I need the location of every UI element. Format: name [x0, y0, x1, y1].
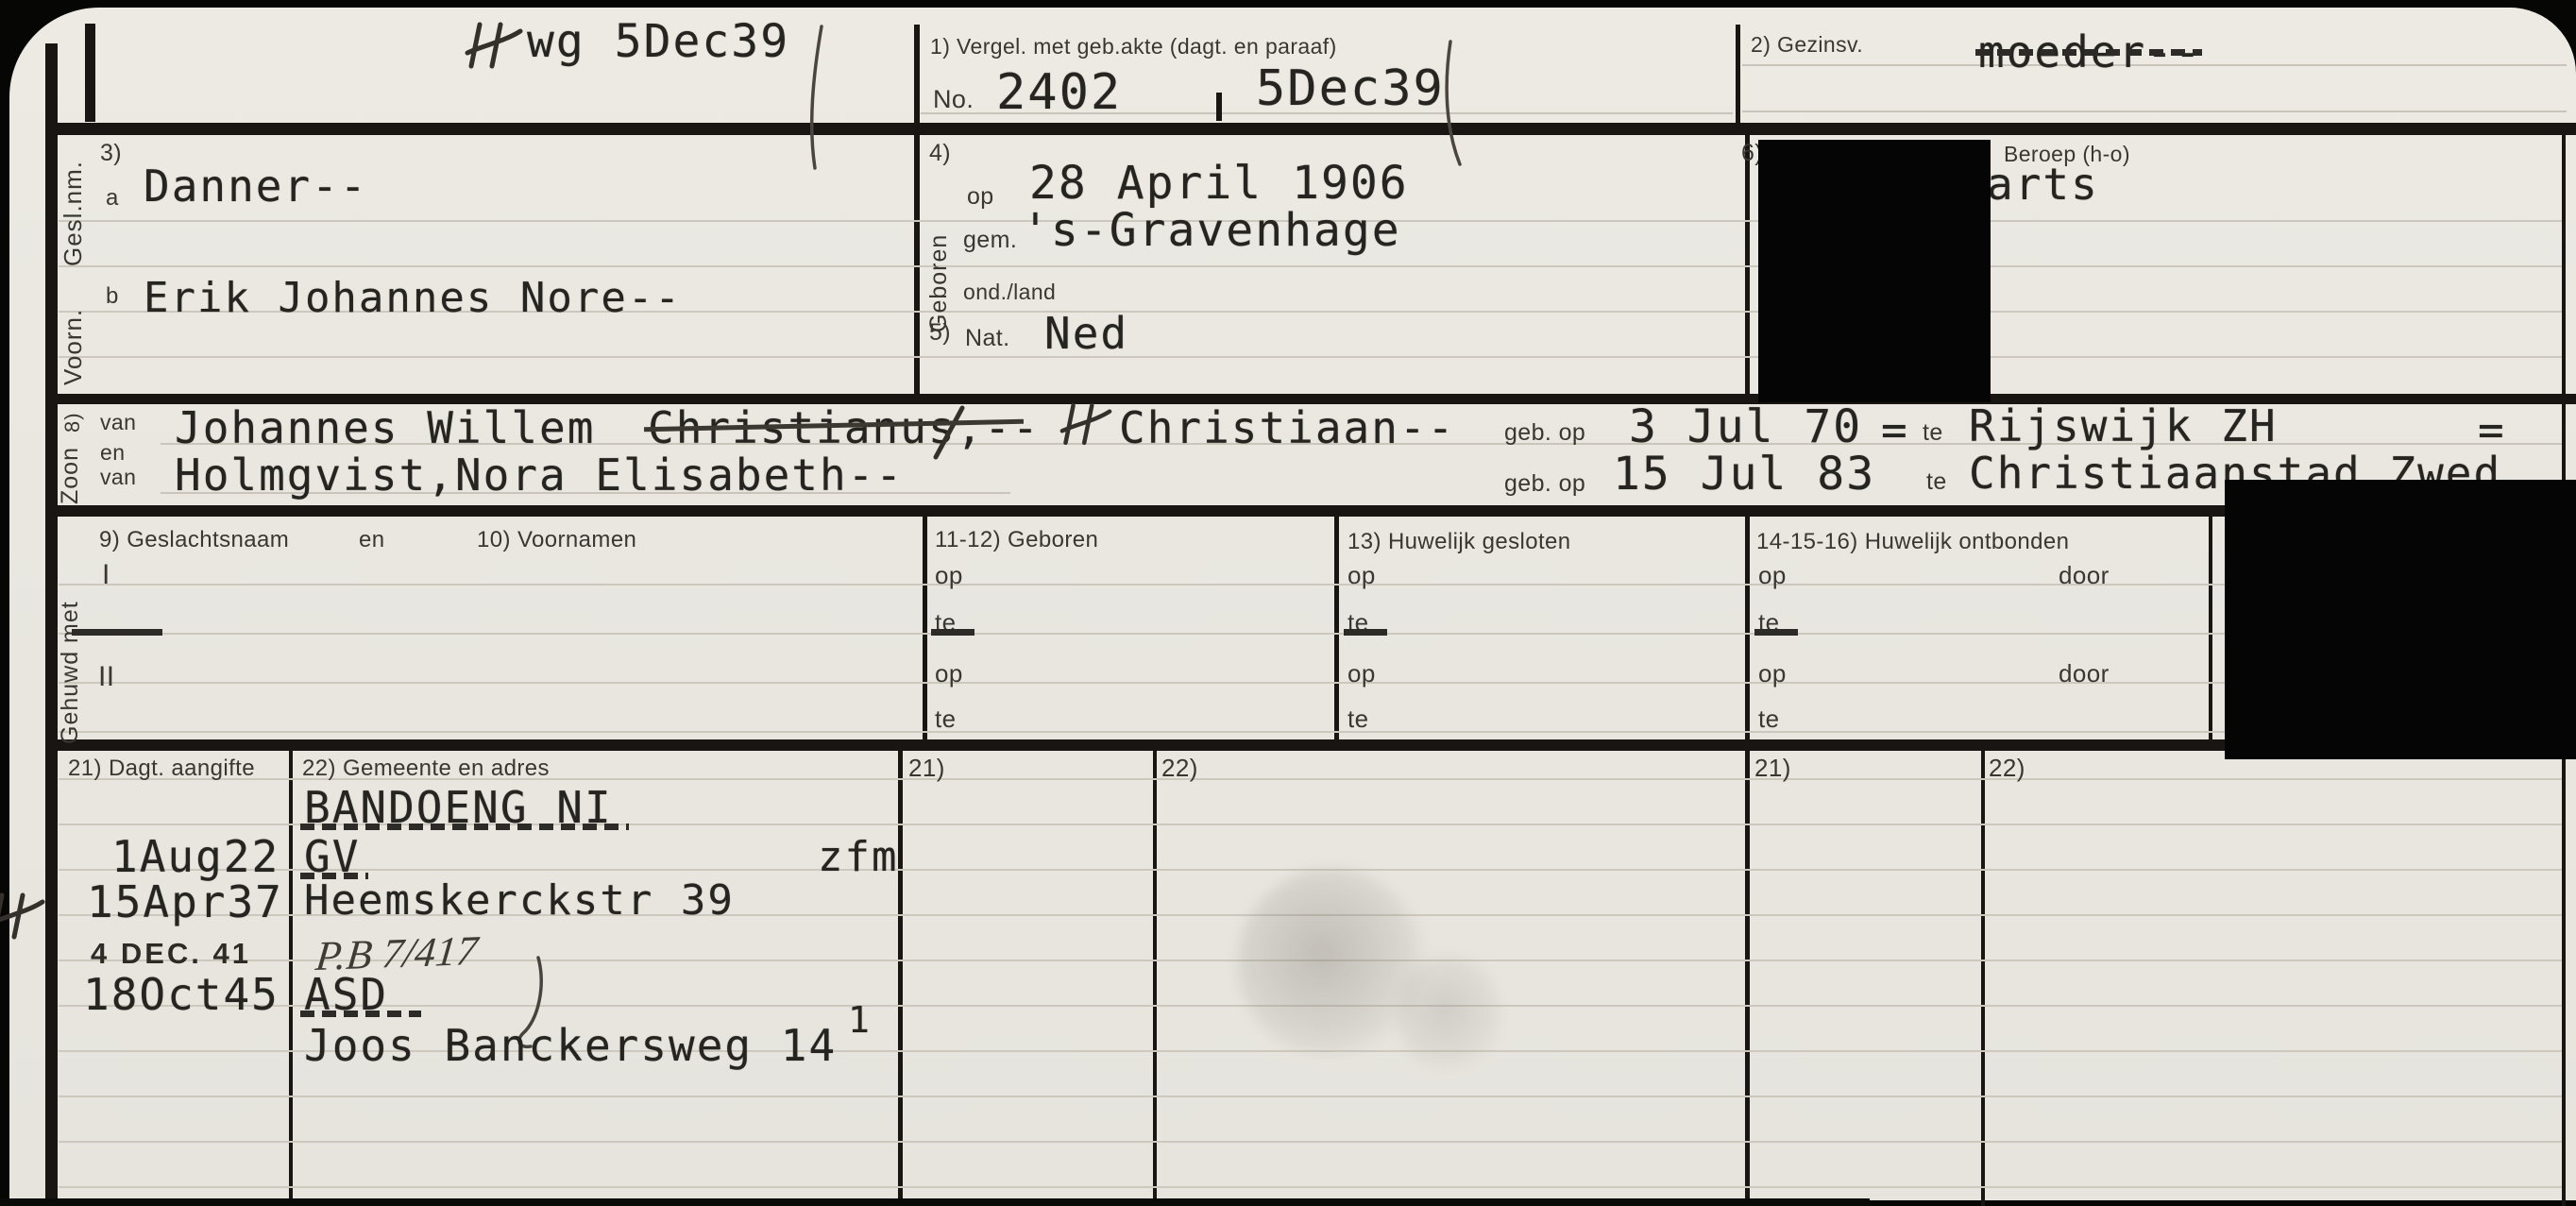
- mother-name: Holmgvist,Nora Elisabeth--: [175, 450, 904, 501]
- marriage-col-married-header: 13) Huwelijk gesloten: [1347, 529, 1571, 555]
- dissolved-te-2: te: [1758, 705, 1779, 734]
- void-dash-married: [1344, 629, 1387, 636]
- birth-date-value: 28 April 1906: [1029, 157, 1409, 210]
- correction-mark-icon-2: [1059, 400, 1112, 450]
- divider-header-2: [1736, 25, 1740, 123]
- marriage-col-born-header: 11-12) Geboren: [935, 527, 1098, 553]
- marriage-row1-label: I: [102, 559, 110, 591]
- void-dash-dissolved: [1754, 629, 1798, 636]
- surname-side-label: Gesl.nm.: [59, 142, 88, 266]
- dissolved-op-1: op: [1758, 561, 1787, 590]
- born-op-1: op: [935, 561, 963, 590]
- van2-label: van: [100, 465, 136, 490]
- field2-label: 2) Gezinsv.: [1751, 32, 1863, 58]
- equals-mark-1: =: [1881, 404, 1909, 455]
- void-dash-row1-left: [72, 629, 162, 636]
- sub-a-label: a: [106, 185, 119, 212]
- field3-number: 3): [100, 140, 122, 167]
- father-birth-place: Rijswijk ZH: [1969, 400, 2278, 451]
- pen-stroke-1: [793, 23, 831, 172]
- father-geb-op-label: geb. op: [1504, 419, 1585, 447]
- mother-birth-date: 15 Jul 83: [1613, 448, 1875, 501]
- rules-marriage: [59, 584, 2562, 737]
- sub-b-label: b: [106, 283, 119, 310]
- father-name: Johannes Willem: [175, 402, 595, 453]
- firstnames-value: Erik Johannes Nore--: [144, 274, 682, 322]
- nat-label: Nat.: [965, 325, 1009, 352]
- divider-header-1: [914, 25, 920, 123]
- faded-stamp-smudge-2: [1398, 954, 1501, 1077]
- reg3-address: Heemskerckstr 39: [304, 876, 735, 925]
- rule-header-c2: [1742, 110, 2567, 112]
- ondland-label: ond./land: [963, 280, 1056, 305]
- firstname-side-label: Voorn.: [59, 280, 88, 385]
- married-op-2: op: [1347, 659, 1376, 688]
- father-te-label: te: [1923, 419, 1943, 447]
- reg6-address: Joos Banckersweg 14: [304, 1020, 837, 1071]
- void-dash-born: [931, 629, 974, 636]
- surname-value: Danner--: [144, 161, 368, 212]
- reg3-date: 15Apr37: [87, 876, 283, 927]
- reg6-superscript: 1: [848, 999, 872, 1041]
- born-side-label: Geboren: [925, 200, 953, 332]
- reg5-date: 18Oct45: [83, 969, 280, 1020]
- pen-stroke-2: [1428, 38, 1470, 168]
- col21-header-mid: 21): [908, 754, 945, 783]
- field5-number: 5): [929, 319, 951, 347]
- reg1-underline: [300, 824, 629, 830]
- van1-label: van: [100, 410, 136, 435]
- father-birth-date: 3 Jul 70: [1629, 400, 1862, 453]
- reg2-date: 1Aug22: [111, 831, 280, 882]
- mother-te-label: te: [1926, 468, 1947, 496]
- parents-side-label: Zoon: [57, 421, 84, 504]
- born-te-2: te: [935, 705, 956, 734]
- born-op-2: op: [935, 659, 963, 688]
- mother-geb-op-label: geb. op: [1504, 470, 1585, 498]
- redaction-box-1: [1758, 140, 1991, 402]
- born-op-label: op: [967, 183, 994, 211]
- field1-comma-tick: [1216, 93, 1222, 121]
- field1-date-value: 5Dec39: [1256, 60, 1445, 117]
- en-label: en: [100, 440, 125, 466]
- border-marriage-bottom: [45, 739, 2576, 751]
- border-parents-bottom: [45, 505, 2576, 517]
- married-op-1: op: [1347, 561, 1376, 590]
- marriage-side-label: Gehuwd met: [57, 563, 84, 744]
- marriage-row2-label: II: [98, 661, 114, 693]
- border-header-bottom: [45, 123, 2576, 135]
- dissolved-op-2: op: [1758, 659, 1787, 688]
- field2-strikeout: [1975, 49, 2202, 56]
- col22-header-mid: 22): [1161, 754, 1198, 783]
- col-date-header-left: 21) Dagt. aangifte: [68, 756, 255, 782]
- beroep-value: arts: [1987, 159, 2099, 210]
- field1-no-label: No.: [933, 85, 974, 114]
- header-annotation: wg 5Dec39: [527, 15, 789, 68]
- dissolved-door-1: door: [2059, 561, 2110, 590]
- col22-header-right: 22): [1989, 754, 2025, 783]
- field1-label: 1) Vergel. met geb.akte (dagt. en paraaf…: [930, 34, 1337, 59]
- reg2-underline: [300, 873, 368, 879]
- dissolved-door-2: door: [2059, 659, 2110, 688]
- correction-slash: [930, 404, 968, 461]
- marriage-col-dissolved-header: 14-15-16) Huwelijk ontbonden: [1756, 529, 2069, 555]
- nationality-value: Ned: [1044, 308, 1128, 359]
- birth-gem-value: 's-Gravenhage: [1022, 204, 1401, 257]
- field4-number: 4): [929, 140, 951, 167]
- header-tick-bar: [85, 24, 95, 122]
- marriage-col-first-header: 10) Voornamen: [477, 527, 636, 553]
- margin-correction-mark-icon: [0, 890, 45, 944]
- reg4-date-stamp: 4 DEC. 41: [91, 937, 251, 971]
- field1-no-value: 2402: [996, 64, 1122, 121]
- scan-edge-bottom: [0, 1198, 1870, 1206]
- marriage-en-header: en: [359, 527, 385, 553]
- col21-header-right: 21): [1754, 754, 1791, 783]
- redaction-box-2: [2225, 480, 2576, 759]
- father-correction: Christiaan--: [1119, 402, 1455, 453]
- married-te-2: te: [1347, 705, 1368, 734]
- col-addr-header-left: 22) Gemeente en adres: [302, 756, 550, 782]
- marriage-col-name-header: 9) Geslachtsnaam: [99, 527, 289, 553]
- faded-stamp-smudge: [1237, 869, 1426, 1058]
- reg2-note: zfm: [818, 833, 898, 881]
- correction-mark-icon: [465, 19, 523, 74]
- born-gem-label: gem.: [963, 227, 1017, 254]
- scanned-registration-card: wg 5Dec39 1) Vergel. met geb.akte (dagt.…: [0, 0, 2576, 1206]
- reg5-underline: [300, 1011, 421, 1017]
